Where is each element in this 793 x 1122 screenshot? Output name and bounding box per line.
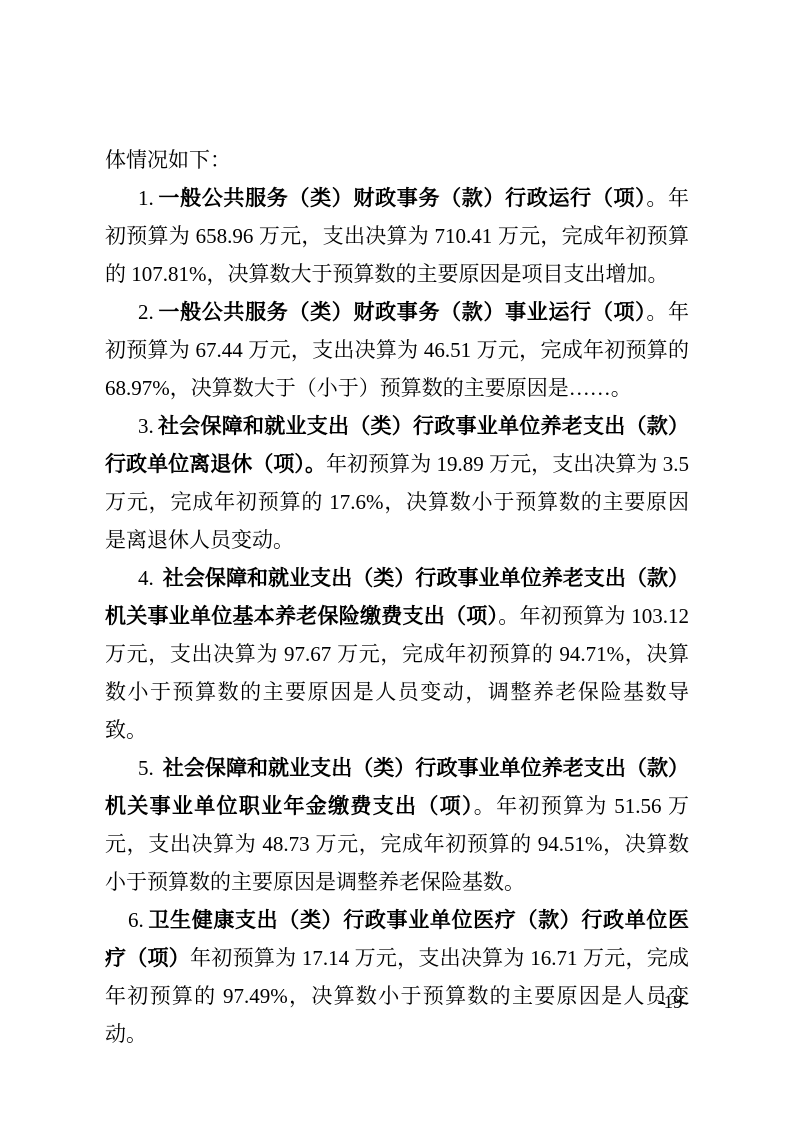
intro-line: 体情况如下： (105, 141, 689, 179)
paragraph-number: 3. (138, 414, 154, 438)
paragraph-heading: 一般公共服务（类）财政事务（款）行政运行（项） (158, 186, 647, 210)
paragraph-6: 6.卫生健康支出（类）行政事业单位医疗（款）行政单位医疗（项）年初预算为 17.… (105, 901, 689, 1053)
paragraph-number: 6. (128, 908, 144, 932)
paragraph-number: 5. (138, 756, 154, 780)
paragraph-number: 2. (138, 300, 154, 324)
document-page: 体情况如下： 1.一般公共服务（类）财政事务（款）行政运行（项）。年初预算为 6… (0, 0, 793, 1122)
paragraph-1: 1.一般公共服务（类）财政事务（款）行政运行（项）。年初预算为 658.96 万… (105, 179, 689, 293)
paragraph-4: 4.社会保障和就业支出（类）行政事业单位养老支出（款）机关事业单位基本养老保险缴… (105, 559, 689, 749)
page-number: -19- (657, 992, 689, 1013)
paragraph-2: 2.一般公共服务（类）财政事务（款）事业运行（项）。年初预算为 67.44 万元… (105, 293, 689, 407)
paragraph-5: 5.社会保障和就业支出（类）行政事业单位养老支出（款）机关事业单位职业年金缴费支… (105, 749, 689, 901)
page-footer: -19- (105, 991, 689, 1015)
paragraph-number: 4. (138, 566, 154, 590)
paragraph-heading: 一般公共服务（类）财政事务（款）事业运行（项） (158, 300, 647, 324)
paragraph-3: 3.社会保障和就业支出（类）行政事业单位养老支出（款）行政单位离退休（项）。年初… (105, 407, 689, 559)
document-body: 体情况如下： 1.一般公共服务（类）财政事务（款）行政运行（项）。年初预算为 6… (105, 141, 689, 1053)
paragraph-number: 1. (138, 186, 154, 210)
paragraph-list: 1.一般公共服务（类）财政事务（款）行政运行（项）。年初预算为 658.96 万… (105, 179, 689, 1053)
